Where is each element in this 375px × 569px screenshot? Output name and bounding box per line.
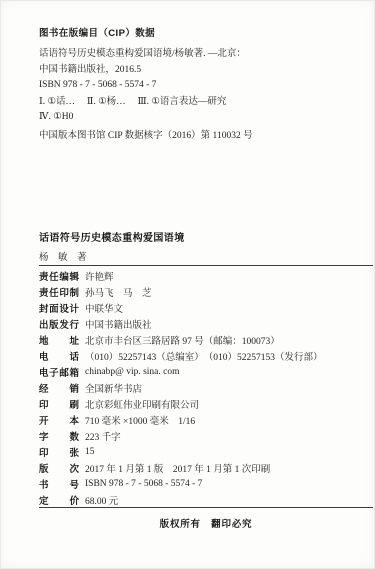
pub-row-value: 中联华文 <box>85 301 123 315</box>
pub-row-value: 北京市丰台区三路居路 97 号（邮编：100073） <box>85 333 280 347</box>
book-author: 杨 敏 著 <box>39 249 87 263</box>
pub-row-label: 出版发行 <box>39 317 79 331</box>
pub-row-value: 中国书籍出版社 <box>85 317 152 331</box>
pub-row-value: 孙马飞 马 芝 <box>85 285 152 299</box>
book-copyright-page: 图书在版编目（CIP）数据 话语符号历史模态重构爱国语境/杨敏著. —北京： 中… <box>0 0 375 569</box>
cip-bibliographic-entry: 话语符号历史模态重构爱国语境/杨敏著. —北京： 中国书籍出版社，2016.5 … <box>39 47 246 94</box>
pub-row-label: 字数 <box>39 429 79 443</box>
pub-row-edition: 版次 2017 年 1 月第 1 版 2017 年 1 月第 1 次印刷 <box>39 460 373 476</box>
publication-info-list: 责任编辑 许艳辉 责任印制 孙马飞 马 芝 封面设计 中联华文 出版发行 中国书… <box>39 268 373 508</box>
pub-row-distribution: 经销 全国新华书店 <box>39 380 373 396</box>
pub-row-printing-company: 印刷 北京彩虹伟业印刷有限公司 <box>39 396 373 412</box>
pub-row-value: 223 千字 <box>85 429 121 443</box>
pub-row-isbn: 书号 ISBN 978 - 7 - 5068 - 5574 - 7 <box>39 476 373 492</box>
pub-row-value: 2017 年 1 月第 1 版 2017 年 1 月第 1 次印刷 <box>85 461 270 475</box>
pub-row-value: chinabp@ vip. sina. com <box>85 367 180 377</box>
cip-classification-codes: Ⅰ. ①话… Ⅱ. ①杨… Ⅲ. ①语言表达—研究 Ⅳ. ①H0 <box>39 95 226 125</box>
pub-row-value: （010）52257143（总编室） （010）52257153（发行部） <box>85 349 323 363</box>
pub-row-print-supervisor: 责任印制 孙马飞 马 芝 <box>39 284 373 300</box>
book-title: 话语符号历史模态重构爱国语境 <box>39 229 185 244</box>
pub-row-label: 经销 <box>39 381 79 395</box>
pub-row-value: 北京彩虹伟业印刷有限公司 <box>85 397 199 411</box>
pub-row-label: 印刷 <box>39 397 79 411</box>
pub-row-price: 定价 68.00 元 <box>39 492 373 508</box>
pub-row-editor: 责任编辑 许艳辉 <box>39 268 373 284</box>
pub-row-value: 许艳辉 <box>85 269 114 283</box>
pub-row-phone: 电话 （010）52257143（总编室） （010）52257153（发行部） <box>39 348 373 364</box>
pub-row-word-count: 字数 223 千字 <box>39 428 373 444</box>
pub-row-value: ISBN 978 - 7 - 5068 - 5574 - 7 <box>85 479 202 489</box>
divider-line-bottom <box>39 507 373 508</box>
pub-row-label: 封面设计 <box>39 301 79 315</box>
pub-row-format: 开本 710 毫米 ×1000 毫米 1/16 <box>39 412 373 428</box>
copyright-notice: 版权所有 翻印必究 <box>39 516 373 530</box>
pub-row-publisher: 出版发行 中国书籍出版社 <box>39 316 373 332</box>
pub-row-label: 开本 <box>39 413 79 427</box>
pub-row-label: 版次 <box>39 461 79 475</box>
pub-row-sheets: 印张 15 <box>39 444 373 460</box>
pub-row-label: 责任印制 <box>39 285 79 299</box>
pub-row-label: 书号 <box>39 477 79 491</box>
pub-row-value: 15 <box>85 447 95 457</box>
pub-row-label: 地址 <box>39 333 79 347</box>
cip-header: 图书在版编目（CIP）数据 <box>39 25 155 39</box>
pub-row-label: 定价 <box>39 493 79 507</box>
cip-register-number: 中国版本图书馆 CIP 数据核字（2016）第 110032 号 <box>39 127 253 141</box>
pub-row-value: 710 毫米 ×1000 毫米 1/16 <box>85 413 195 427</box>
pub-row-label: 电子邮箱 <box>39 365 79 379</box>
pub-row-address: 地址 北京市丰台区三路居路 97 号（邮编：100073） <box>39 332 373 348</box>
divider-line-top <box>39 265 373 266</box>
pub-row-email: 电子邮箱 chinabp@ vip. sina. com <box>39 364 373 380</box>
pub-row-value: 68.00 元 <box>85 493 118 507</box>
pub-row-cover-design: 封面设计 中联华文 <box>39 300 373 316</box>
pub-row-label: 电话 <box>39 349 79 363</box>
pub-row-value: 全国新华书店 <box>85 381 142 395</box>
pub-row-label: 责任编辑 <box>39 269 79 283</box>
pub-row-label: 印张 <box>39 445 79 459</box>
